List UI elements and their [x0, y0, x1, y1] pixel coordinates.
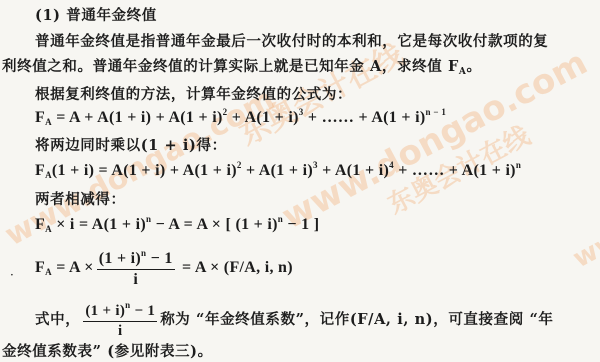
para3: 将两边同时乘以(1 + i)得：: [35, 134, 227, 155]
fraction: (1 + i)n − 1i: [97, 248, 175, 289]
coefficient-fraction: (1 + i)n − 1i: [83, 300, 157, 340]
section-heading: (1) 普通年金终值: [35, 4, 157, 25]
para1-line2: 利终值之和。普通年金终值的计算实际上就是已知年金 A，求终值 FA。: [2, 55, 482, 77]
para5-line2: 金终值系数表” (参见附表三)。: [2, 340, 213, 361]
para5-line1: 式中，(1 + i)n − 1i称为 “年金终值系数”，记作(F/A, i, n…: [35, 300, 554, 340]
para2: 根据复利终值的方法，计算年金终值的公式为：: [35, 83, 352, 104]
equation-3: FA × i = A(1 + i)n − A = A × [ (1 + i)n …: [35, 214, 319, 234]
equation-2: FA(1 + i) = A(1 + i) + A(1 + i)2 + A(1 +…: [35, 160, 521, 180]
para4: 两者相减得：: [35, 188, 126, 209]
watermark-url-right: www.dongao.com: [568, 126, 600, 274]
equation-1: FA = A + A(1 + i) + A(1 + i)2 + A(1 + i)…: [35, 107, 446, 127]
equation-4: FA = A ×(1 + i)n − 1i = A × (F/A, i, n): [35, 248, 293, 289]
stray-mark: ·: [10, 268, 14, 282]
para1-line1: 普通年金终值是指普通年金最后一次收付时的本利和，它是每次收付款项的复: [35, 30, 548, 51]
document-page: 东奥会计在线 www.dongao.com www.dongao.com 东奥会…: [0, 0, 600, 362]
